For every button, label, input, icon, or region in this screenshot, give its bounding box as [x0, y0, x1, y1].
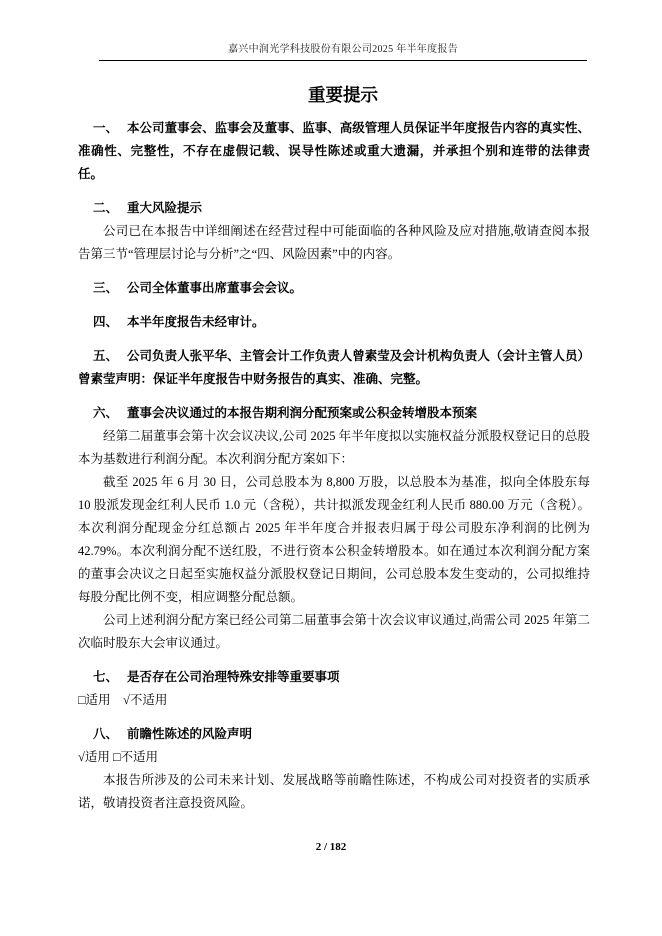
section-2-heading: 二、重大风险提示 [78, 197, 590, 220]
section-2-paragraph: 公司已在本报告中详细阐述在经营过程中可能面临的各种风险及应对措施,敬请查阅本报告… [78, 220, 590, 266]
section-4-number: 四、 [93, 315, 118, 329]
section-3-heading: 三、公司全体董事出席董事会会议。 [78, 277, 590, 300]
section-7-number: 七、 [93, 670, 118, 684]
page-header: 嘉兴中润光学科技股份有限公司2025 年半年度报告 [99, 0, 587, 61]
page-number: 2 / 182 [0, 841, 662, 853]
section-1-heading-text: 本公司董事会、监事会及董事、监事、高级管理人员保证半年度报告内容的真实性、准确性… [78, 121, 590, 181]
page-title: 重要提示 [99, 82, 587, 108]
section-5-heading-text: 公司负责人张平华、主管会计工作负责人曾素莹及会计机构负责人（会计主管人员）曾素莹… [78, 349, 590, 386]
section-7-heading: 七、是否存在公司治理特殊安排等重要事项 [78, 666, 590, 689]
section-6-paragraph-1: 经第二届董事会第十次会议决议,公司 2025 年半年度拟以实施权益分派股权登记日… [78, 425, 590, 471]
section-6-paragraph-2: 截至 2025 年 6 月 30 日，公司总股本为 8,800 万股，以总股本为… [78, 471, 590, 609]
section-2: 二、重大风险提示 公司已在本报告中详细阐述在经营过程中可能面临的各种风险及应对措… [78, 197, 590, 266]
section-1-heading: 一、本公司董事会、监事会及董事、监事、高级管理人员保证半年度报告内容的真实性、准… [78, 117, 590, 186]
section-7-heading-text: 是否存在公司治理特殊安排等重要事项 [127, 670, 340, 684]
section-7-applicability: □适用 √不适用 [78, 689, 590, 712]
section-8-heading-text: 前瞻性陈述的风险声明 [127, 727, 252, 741]
document-body: 一、本公司董事会、监事会及董事、监事、高级管理人员保证半年度报告内容的真实性、准… [78, 117, 590, 815]
section-8-applicability: √适用 □不适用 [78, 746, 590, 769]
section-4-heading: 四、本半年度报告未经审计。 [78, 311, 590, 334]
section-4: 四、本半年度报告未经审计。 [78, 311, 590, 334]
section-6-paragraph-3: 公司上述利润分配方案已经公司第二届董事会第十次会议审议通过,尚需公司 2025 … [78, 609, 590, 655]
section-6-heading: 六、董事会决议通过的本报告期利润分配预案或公积金转增股本预案 [78, 402, 590, 425]
section-4-heading-text: 本半年度报告未经审计。 [127, 315, 265, 329]
section-2-heading-text: 重大风险提示 [127, 201, 202, 215]
section-1: 一、本公司董事会、监事会及董事、监事、高级管理人员保证半年度报告内容的真实性、准… [78, 117, 590, 186]
section-6: 六、董事会决议通过的本报告期利润分配预案或公积金转增股本预案 经第二届董事会第十… [78, 402, 590, 655]
section-5: 五、公司负责人张平华、主管会计工作负责人曾素莹及会计机构负责人（会计主管人员）曾… [78, 345, 590, 391]
section-8-heading: 八、前瞻性陈述的风险声明 [78, 723, 590, 746]
section-5-number: 五、 [93, 349, 118, 363]
running-header-title: 嘉兴中润光学科技股份有限公司2025 年半年度报告 [99, 44, 587, 56]
section-8-number: 八、 [93, 727, 118, 741]
section-8-paragraph: 本报告所涉及的公司未来计划、发展战略等前瞻性陈述，不构成公司对投资者的实质承诺，… [78, 769, 590, 815]
section-6-heading-text: 董事会决议通过的本报告期利润分配预案或公积金转增股本预案 [127, 406, 477, 420]
section-3-heading-text: 公司全体董事出席董事会会议。 [127, 281, 302, 295]
section-6-number: 六、 [93, 406, 118, 420]
section-7: 七、是否存在公司治理特殊安排等重要事项 □适用 √不适用 [78, 666, 590, 712]
section-2-number: 二、 [93, 201, 118, 215]
report-page: 嘉兴中润光学科技股份有限公司2025 年半年度报告 重要提示 一、本公司董事会、… [0, 0, 662, 936]
section-8: 八、前瞻性陈述的风险声明 √适用 □不适用 本报告所涉及的公司未来计划、发展战略… [78, 723, 590, 815]
section-1-number: 一、 [93, 121, 118, 135]
section-3-number: 三、 [93, 281, 118, 295]
header-rule [99, 60, 587, 61]
section-5-heading: 五、公司负责人张平华、主管会计工作负责人曾素莹及会计机构负责人（会计主管人员）曾… [78, 345, 590, 391]
section-3: 三、公司全体董事出席董事会会议。 [78, 277, 590, 300]
